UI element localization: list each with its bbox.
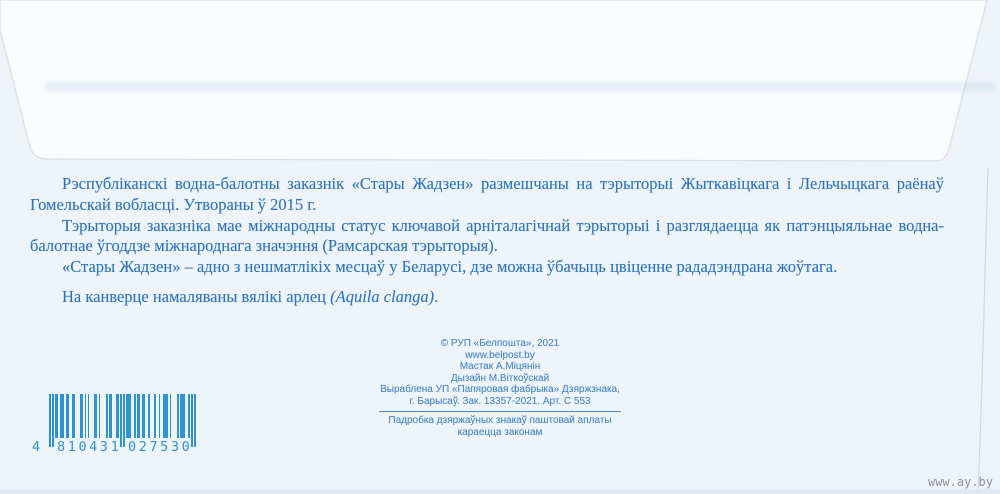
publisher-imprint: © РУП «Белпошта», 2021 www.belpost.by Ма… bbox=[300, 338, 700, 438]
ink-showthrough-band bbox=[45, 82, 995, 91]
info-paragraph-2: Тэрыторыя заказніка мае міжнародны стату… bbox=[30, 216, 944, 258]
imprint-legal-line-1: Падробка дзяржаўных знакаў паштовай апла… bbox=[300, 415, 700, 427]
imprint-producer: Выраблена УП «Папяровая фабрыка» Дзяржзн… bbox=[300, 384, 700, 396]
envelope-right-edge bbox=[978, 168, 988, 492]
barcode-digit-first: 4 bbox=[32, 438, 40, 456]
species-latin-name: (Aquila clanga) bbox=[330, 287, 434, 306]
imprint-legal-line-2: караецца законам bbox=[300, 427, 700, 439]
info-paragraph-1: Рэспубліканскі водна-балотны заказнік «С… bbox=[30, 174, 944, 216]
imprint-order-info: г. Барысаў. Зак. 13357-2021. Арт. С 553 bbox=[300, 396, 700, 408]
barcode-digits: 4 810431 027530 bbox=[32, 438, 202, 458]
info-paragraph-4: На канверце намаляваны вялікі арлец (Aqu… bbox=[30, 287, 944, 308]
paragraph-4-period: . bbox=[434, 287, 438, 306]
barcode-digits-left-group: 810431 bbox=[57, 438, 121, 456]
description-text-block: Рэспубліканскі водна-балотны заказнік «С… bbox=[30, 174, 944, 308]
envelope-flap bbox=[0, 0, 987, 161]
imprint-designer: Дызайн М.Віткоўскай bbox=[300, 373, 700, 385]
imprint-website: www.belpost.by bbox=[300, 350, 700, 362]
imprint-divider bbox=[379, 411, 621, 412]
imprint-artist: Мастак А.Міцянін bbox=[300, 361, 700, 373]
info-paragraph-3: «Стары Жадзен» – адно з нешматлікіх месц… bbox=[30, 257, 944, 278]
barcode-digits-right-group: 027530 bbox=[128, 438, 192, 456]
envelope-back: Рэспубліканскі водна-балотны заказнік «С… bbox=[0, 0, 1000, 494]
envelope-bottom-shadow bbox=[0, 489, 1000, 494]
imprint-copyright: © РУП «Белпошта», 2021 bbox=[300, 338, 700, 350]
paragraph-4-text: На канверце намаляваны вялікі арлец bbox=[62, 287, 330, 306]
site-watermark: www.ay.by bbox=[928, 475, 993, 489]
ean13-barcode: 4 810431 027530 bbox=[32, 394, 202, 458]
